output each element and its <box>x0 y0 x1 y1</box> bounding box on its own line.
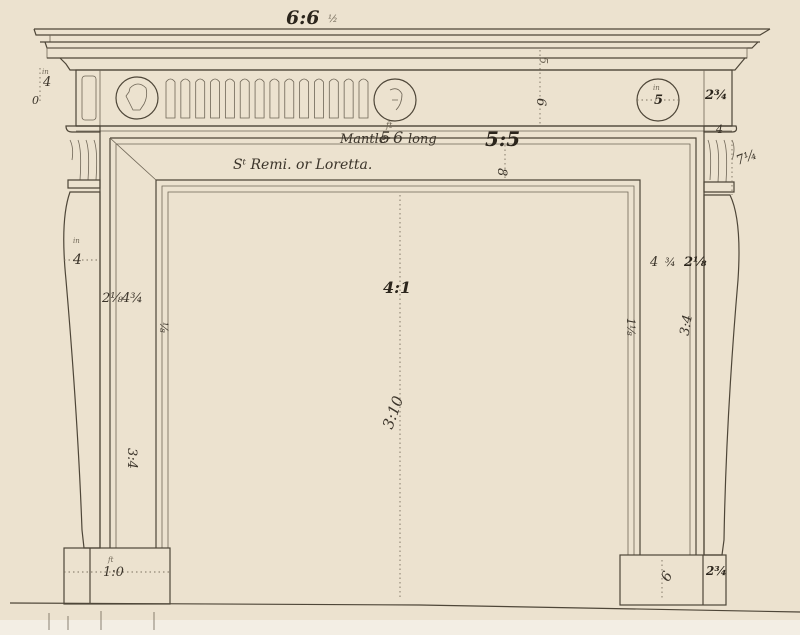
mantle-value: 6 <box>393 128 403 147</box>
right-jamb-b-dim: ¾ <box>665 256 676 269</box>
left-cap-height-dim: 4 <box>42 75 51 90</box>
top-width-dim: 6:6 <box>286 7 319 29</box>
top-width-fraction: ½ <box>328 14 338 25</box>
right-capital-top-dim: 4 <box>715 123 723 136</box>
frieze-height-dim: 6 <box>533 98 548 106</box>
opening-ratio-dim: 4:1 <box>383 278 411 297</box>
left-plinth-unit: ft <box>107 556 114 564</box>
mantle-suffix: long <box>408 132 437 147</box>
left-cap-zero: 0 <box>32 94 39 107</box>
left-pilaster-unit: in <box>73 237 80 245</box>
right-jamb-a-dim: 4 <box>649 255 658 270</box>
left-plinth-width-dim: 1:0 <box>103 565 124 580</box>
title-note: Sᵗ Remi. or Loretta. <box>233 157 372 173</box>
mantle-struck-value: 5 <box>380 128 390 147</box>
left-pilaster-height-dim: 3:4 <box>124 448 139 469</box>
paper-sheet <box>0 0 800 620</box>
inner-width-dim: 5:5 <box>485 127 520 151</box>
left-pilaster-width-dim: 4 <box>72 252 82 268</box>
right-jamb-c-dim: 2⅛ <box>683 255 707 270</box>
left-jamb-a-dim: 2⅛ <box>101 291 123 306</box>
right-inner-fillet-dim: 1⅛ <box>624 318 637 336</box>
left-jamb-c-dim: ⅛ <box>157 322 170 333</box>
left-jamb-b-dim: 4¾ <box>121 291 143 306</box>
mantelpiece-drawing: 6:6 ½ Mantle 5 6 long ft 5:5 Sᵗ Remi. or… <box>0 0 800 635</box>
right-block-height-dim: 2¾ <box>704 88 728 103</box>
cornice-depth-dim: 5 <box>537 57 550 64</box>
under-frieze-dim: 8 <box>494 168 509 176</box>
right-medallion-dia-dim: 5 <box>654 93 663 108</box>
right-plinth-corner-dim: 2¾ <box>705 564 727 578</box>
mantle-unit: ft <box>385 121 393 130</box>
right-medallion-unit: in <box>653 84 660 92</box>
